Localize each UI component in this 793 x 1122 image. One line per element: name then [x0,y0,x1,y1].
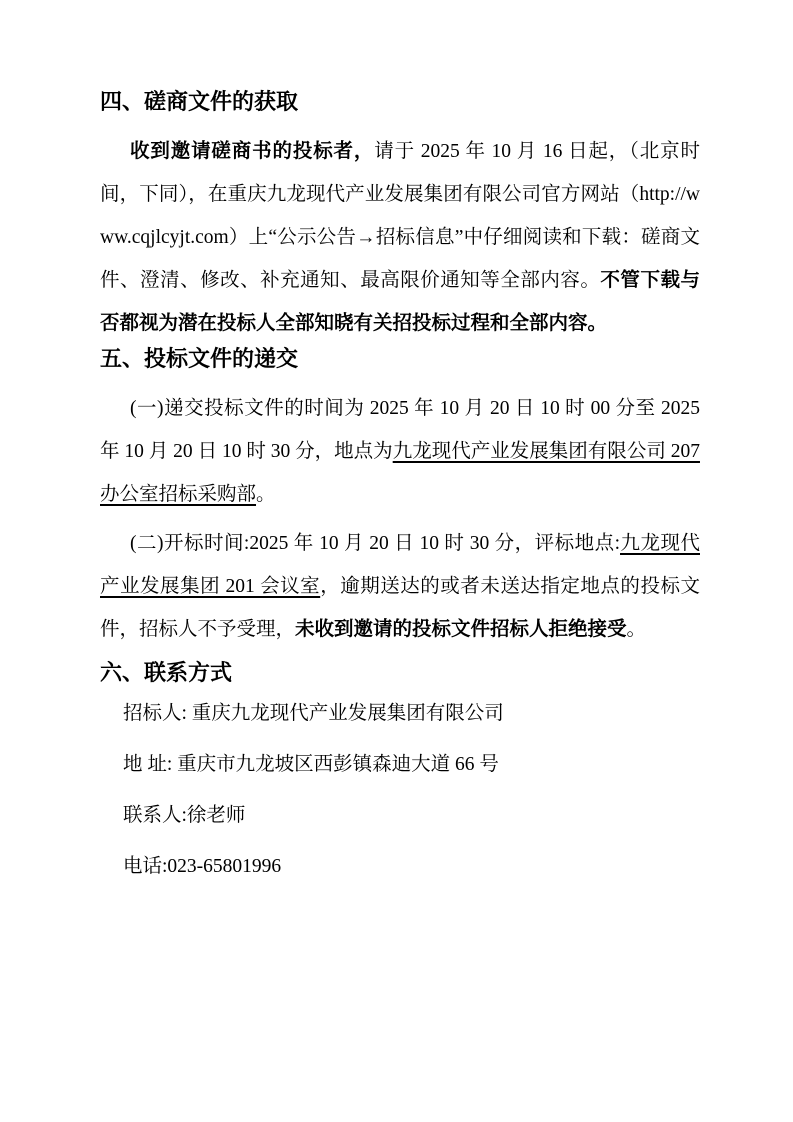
section-5-paragraph-2: (二)开标时间:2025 年 10 月 20 日 10 时 30 分，评标地点:… [100,522,700,651]
contact-line-person: 联系人:徐老师 [123,803,700,829]
section-5-heading: 五、投标文件的递交 [100,345,700,373]
text-run: 请于 2025 年 10 月 16 日起，（北京时间，下同），在重庆九龙现代产业… [100,141,700,291]
contact-line-tenderer: 招标人: 重庆九龙现代产业发展集团有限公司 [123,701,700,727]
text-run: 未收到邀请的投标文件招标人拒绝接受 [295,619,627,640]
text-run: 。 [256,484,276,505]
text-run: 。 [627,619,647,640]
section-6-heading: 六、联系方式 [100,659,700,687]
section-4-heading: 四、磋商文件的获取 [100,88,700,116]
document-page: 四、磋商文件的获取 收到邀请磋商书的投标者，请于 2025 年 10 月 16 … [0,0,793,1122]
text-run: (二)开标时间:2025 年 10 月 20 日 10 时 30 分，评标地点: [130,533,620,554]
section-contact-info: 六、联系方式 招标人: 重庆九龙现代产业发展集团有限公司 地 址: 重庆市九龙坡… [100,659,700,880]
section-file-acquisition: 四、磋商文件的获取 收到邀请磋商书的投标者，请于 2025 年 10 月 16 … [100,88,700,345]
section-bid-submission: 五、投标文件的递交 (一)递交投标文件的时间为 2025 年 10 月 20 日… [100,345,700,651]
section-5-paragraph-1: (一)递交投标文件的时间为 2025 年 10 月 20 日 10 时 00 分… [100,387,700,516]
section-4-paragraph: 收到邀请磋商书的投标者，请于 2025 年 10 月 16 日起，（北京时间，下… [100,130,700,345]
contact-line-phone: 电话:023-65801996 [123,854,700,880]
contact-line-address: 地 址: 重庆市九龙坡区西彭镇森迪大道 66 号 [123,752,700,778]
text-run: 收到邀请磋商书的投标者， [130,141,374,162]
